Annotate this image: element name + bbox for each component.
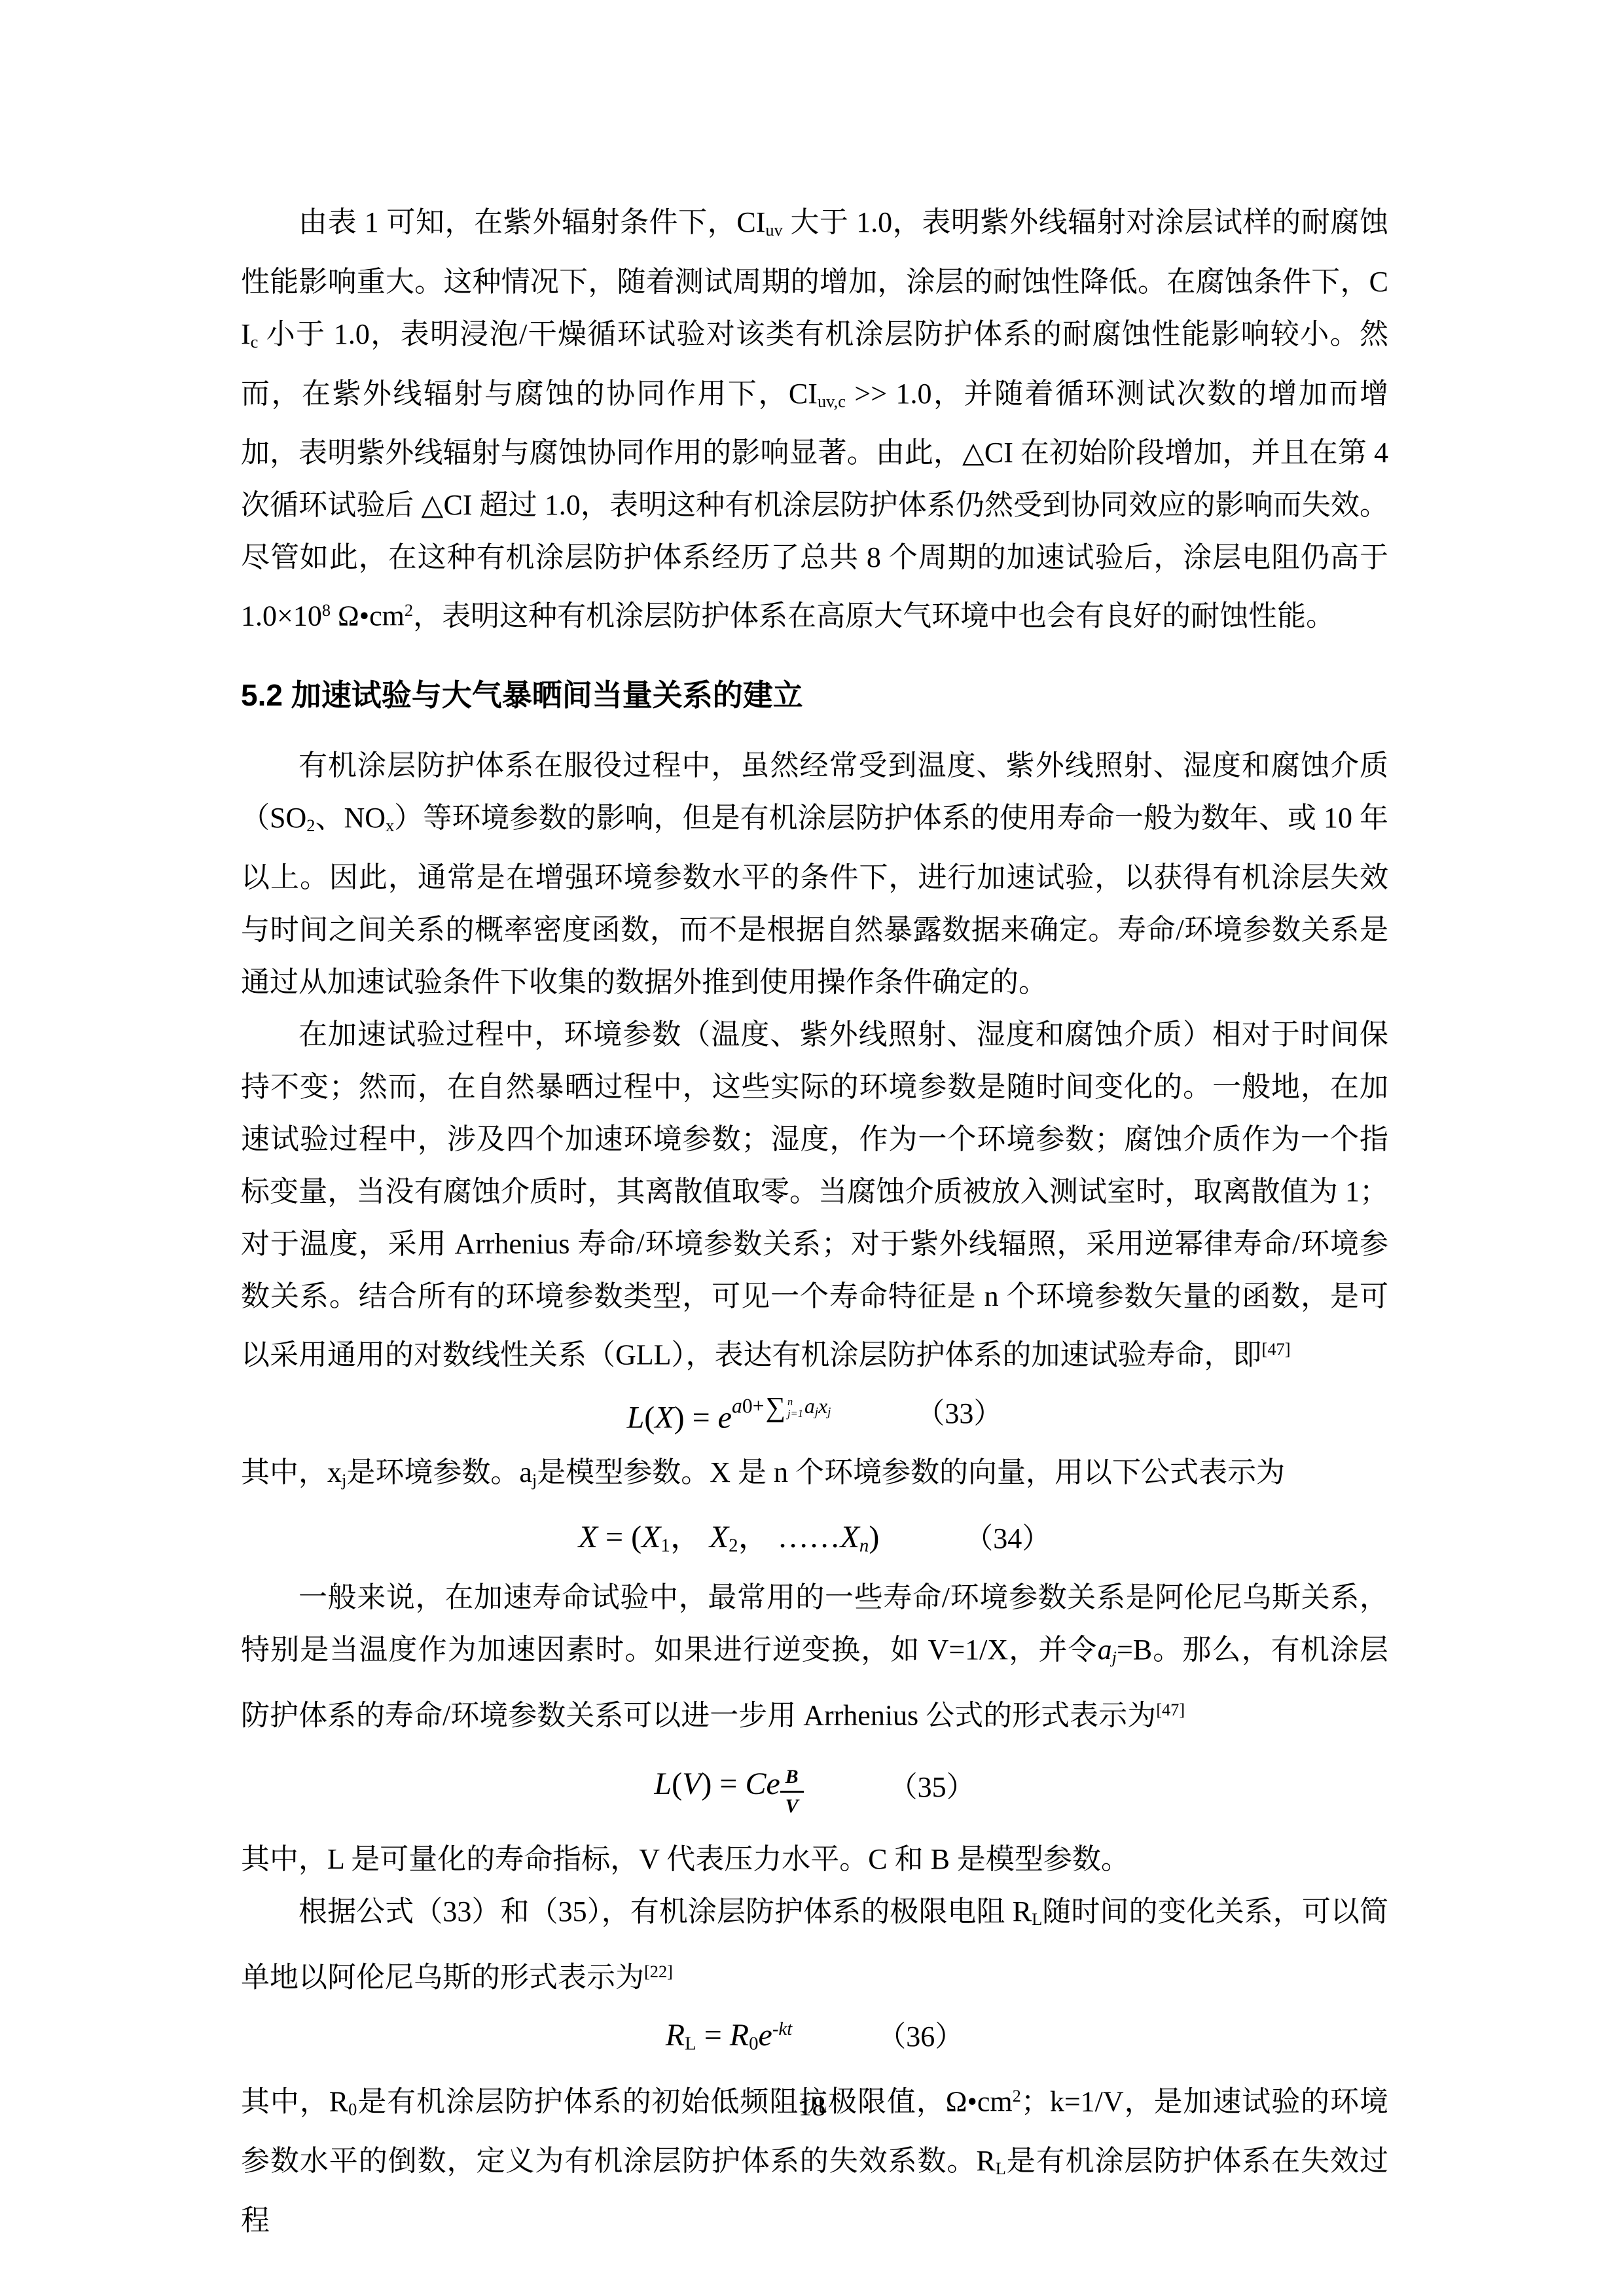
section-heading-5-2: 5.2 加速试验与大气暴晒间当量关系的建立	[241, 669, 1388, 721]
formula-34: X = (X1， X2， ……Xn) （34）	[241, 1509, 1388, 1569]
formula-35: L(V) = CeBV （35）	[241, 1744, 1388, 1831]
page-number: 18	[0, 2091, 1624, 2123]
paragraph-accelerated-test-parameters: 在加速试验过程中，环境参数（温度、紫外线照射、湿度和腐蚀介质）相对于时间保持不变…	[241, 1009, 1388, 1382]
paragraph-service-environment: 有机涂层防护体系在服役过程中，虽然经常受到温度、紫外线照射、湿度和腐蚀介质（SO…	[241, 740, 1388, 1009]
paragraph-arrhenius-relation: 一般来说，在加速寿命试验中，最常用的一些寿命/环境参数关系是阿伦尼乌斯关系，特别…	[241, 1571, 1388, 1742]
paragraph-limit-resistance: 根据公式（33）和（35），有机涂层防护体系的极限电阻 RL随时间的变化关系，可…	[241, 1886, 1388, 2003]
formula-35-expression: L(V) = CeBV	[654, 1757, 803, 1818]
paragraph-table1-discussion: 由表 1 可知，在紫外辐射条件下，CIuv 大于 1.0，表明紫外线辐射对涂层试…	[241, 196, 1388, 643]
formula-36: RL = R0e-kt （36）	[241, 2007, 1388, 2067]
paragraph-formula-33-note: 其中，xj是环境参数。aj是模型参数。X 是 n 个环境参数的向量，用以下公式表…	[241, 1446, 1388, 1506]
formula-34-number: （34）	[964, 1524, 1051, 1553]
formula-36-expression: RL = R0e-kt	[666, 2020, 792, 2053]
formula-35-number: （35）	[889, 1773, 975, 1802]
formula-36-number: （36）	[877, 2022, 964, 2051]
paragraph-formula-35-note: 其中，L 是可量化的寿命指标，V 代表压力水平。C 和 B 是模型参数。	[241, 1833, 1388, 1886]
formula-33-number: （33）	[916, 1399, 1002, 1428]
document-page: 由表 1 可知，在紫外辐射条件下，CIuv 大于 1.0，表明紫外线辐射对涂层试…	[0, 0, 1624, 2296]
formula-34-expression: X = (X1， X2， ……Xn)	[579, 1522, 880, 1555]
formula-33: L(X) = ea0+∑nj=1ajxj （33）	[241, 1384, 1388, 1444]
summation-symbol: ∑nj=1	[766, 1394, 803, 1422]
formula-33-expression: L(X) = ea0+∑nj=1ajxj	[627, 1394, 831, 1433]
fraction-B-over-V: BV	[780, 1766, 804, 1818]
